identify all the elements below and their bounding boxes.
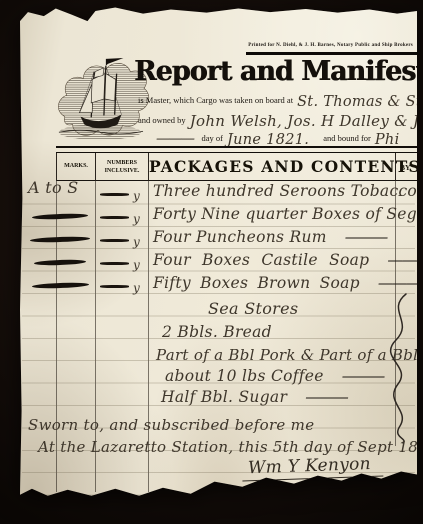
tally-dash	[100, 216, 129, 219]
owner-line: and owned byJohn Welsh, Jos. H Dalley & …	[138, 112, 417, 130]
cargo-text: Forty Nine quarter Boxes of Segars	[153, 205, 417, 223]
column-header-by: BY	[396, 153, 417, 180]
numbers-tally: y	[100, 256, 140, 274]
ink-flourish-icon	[376, 292, 417, 444]
master-line: is Master, which Cargo was taken on boar…	[138, 94, 417, 110]
header-double-rule	[56, 146, 417, 153]
tally-glyph: y	[133, 258, 140, 272]
manifest-document: Printed for N. Diehl, & J. H. Barnes, No…	[20, 6, 417, 512]
sea-store-line: 2 Bbls. Bread	[162, 323, 290, 341]
blank-rule-dash: ———	[156, 131, 194, 147]
owners-value: John Welsh, Jos. H Dalley & John Parker	[190, 112, 417, 130]
sea-store-text: Half Bbl. Sugar	[161, 388, 287, 406]
cargo-line: Three hundred Seroons Tobacco	[153, 182, 417, 200]
table-header-row: MARKS. NUMBERSINCLUSIVE. PACKAGES AND CO…	[56, 153, 417, 181]
day-of-label: day of	[202, 133, 223, 143]
numbers-line1: NUMBERS	[107, 160, 137, 166]
sea-store-line: about 10 lbs Coffee———	[165, 367, 384, 385]
tally-dash	[100, 285, 129, 288]
cargo-text: Three hundred Seroons Tobacco	[153, 182, 417, 200]
tally-glyph: y	[133, 189, 140, 203]
cargo-line: Four Boxes Castile Soap———	[153, 251, 417, 269]
numbers-tally: y	[100, 210, 140, 228]
port-of-lading-value: St. Thomas & St. Jago de Cu	[297, 94, 417, 110]
tally-glyph: y	[133, 235, 140, 249]
tally-glyph: y	[133, 281, 140, 295]
sea-stores-heading: Sea Stores	[208, 299, 298, 318]
numbers-tally: y	[100, 233, 140, 251]
report-title-text: Report and Manifest	[134, 56, 417, 87]
sea-store-text: about 10 lbs Coffee	[165, 367, 324, 385]
shipper-mark: A to S	[28, 178, 79, 197]
signature-title: Quarantine Master	[282, 480, 417, 501]
tally-dash	[100, 239, 129, 242]
numbers-tally: y	[100, 279, 140, 297]
numbers-line2: INCLUSIVE.	[105, 168, 140, 174]
sea-store-line: Half Bbl. Sugar———	[161, 388, 347, 406]
column-header-packages: PACKAGES AND CONTENTS.	[149, 153, 396, 180]
quarantine-master-signature: Wm Y Kenyon	[242, 454, 384, 482]
cargo-text: Fifty Boxes Brown Soap	[153, 274, 360, 292]
cargo-line: Fifty Boxes Brown Soap———	[153, 274, 417, 292]
cargo-text: Four Boxes Castile Soap	[153, 251, 369, 269]
master-line-printed: is Master, which Cargo was taken on boar…	[138, 95, 293, 105]
cargo-line: Four Puncheons Rum———	[153, 228, 387, 246]
document-paper-wrap: Printed for N. Diehl, & J. H. Barnes, No…	[20, 6, 417, 512]
tally-glyph: y	[133, 212, 140, 226]
photo-backdrop: { "masthead": { "printer_line": "Printed…	[0, 0, 423, 524]
column-header-numbers: NUMBERSINCLUSIVE.	[96, 153, 149, 180]
printer-credit-line: Printed for N. Diehl, & J. H. Barnes, No…	[248, 43, 413, 48]
printer-credit-rule	[246, 52, 417, 55]
cargo-line: Forty Nine quarter Boxes of Segars	[153, 205, 417, 223]
sea-store-text: 2 Bbls. Bread	[162, 323, 272, 341]
column-header-marks: MARKS.	[57, 153, 96, 180]
line-fill-dash: ———	[378, 274, 417, 292]
cargo-text: Four Puncheons Rum	[153, 228, 327, 246]
sworn-statement-line: Sworn to, and subscribed before me	[28, 416, 314, 434]
report-title: Report and Manifestof the Cargo laden on…	[134, 56, 417, 87]
bound-for-label: and bound for	[323, 133, 371, 143]
line-fill-dash: ———	[345, 228, 387, 246]
owner-line-printed: and owned by	[138, 115, 186, 125]
tally-dash	[100, 193, 129, 196]
line-fill-dash: ———	[387, 251, 417, 269]
tally-dash	[100, 262, 129, 265]
numbers-tally: y	[100, 187, 140, 205]
line-fill-dash: ———	[305, 388, 347, 406]
